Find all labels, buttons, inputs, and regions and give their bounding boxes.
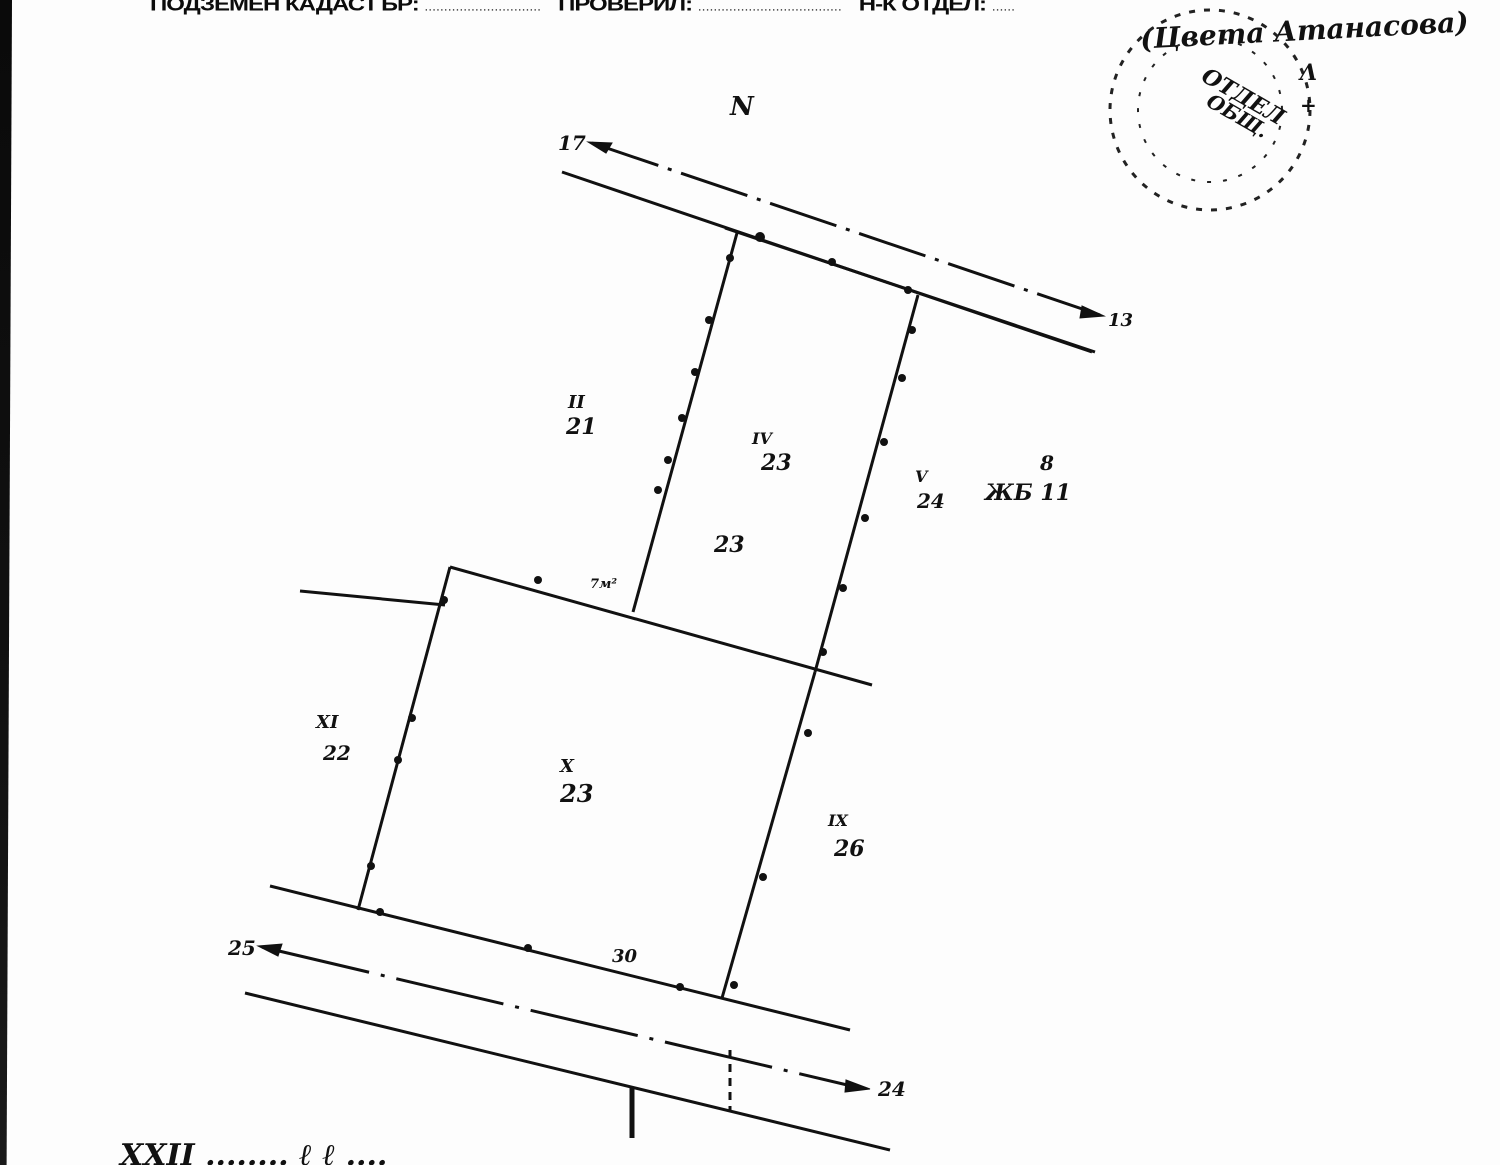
area-note: 7м² — [590, 577, 617, 592]
parcel-number: 21 — [565, 414, 597, 440]
parcel-id: X — [559, 756, 575, 777]
arrow-left-icon — [258, 944, 282, 956]
bottom-street — [245, 944, 890, 1150]
parcel-number: 22 — [322, 741, 351, 765]
parcel-id: IV — [751, 429, 773, 448]
parcel-number: 24 — [916, 489, 945, 513]
parcel-number: 23 — [559, 779, 593, 808]
arrow-right-icon — [845, 1080, 870, 1092]
inner-label: 23 — [713, 532, 745, 558]
north-arrow-icon: N — [729, 92, 755, 122]
parcel-id: II — [567, 392, 585, 413]
parcel-labels: II 21 IV 23 V 24 XI 22 X 23 IX 26 23 7м²… — [315, 392, 1071, 967]
arrow-right-icon — [1080, 306, 1104, 318]
footer-handwriting: ХХII ........ ℓ ℓ .... — [120, 1138, 387, 1165]
street-label-13: 13 — [1108, 310, 1133, 331]
boundary-ticks — [367, 232, 916, 991]
plot-label: ЖБ 11 — [983, 480, 1071, 506]
parcel-number: 26 — [833, 836, 865, 862]
arrow-left-icon — [588, 142, 612, 153]
street-label-25: 25 — [227, 936, 256, 960]
svg-text:+: + — [1300, 93, 1317, 117]
parcel-id: IX — [827, 811, 848, 830]
cadastral-plan: ОТДЕЛ ОБЩ. Λ + N 17 13 — [0, 0, 1500, 1165]
official-stamp: ОТДЕЛ ОБЩ. Λ + — [1110, 10, 1317, 210]
street-label-24: 24 — [877, 1077, 906, 1101]
street-label-17: 17 — [558, 131, 586, 155]
parcel-id: V — [915, 467, 929, 486]
parcel-number: 23 — [760, 450, 792, 476]
parcel-id: XI — [315, 712, 339, 733]
top-street — [562, 142, 1104, 352]
frontage-label: 30 — [612, 946, 638, 967]
plot-superscript: 8 — [1039, 451, 1054, 475]
svg-text:Λ: Λ — [1298, 60, 1317, 86]
